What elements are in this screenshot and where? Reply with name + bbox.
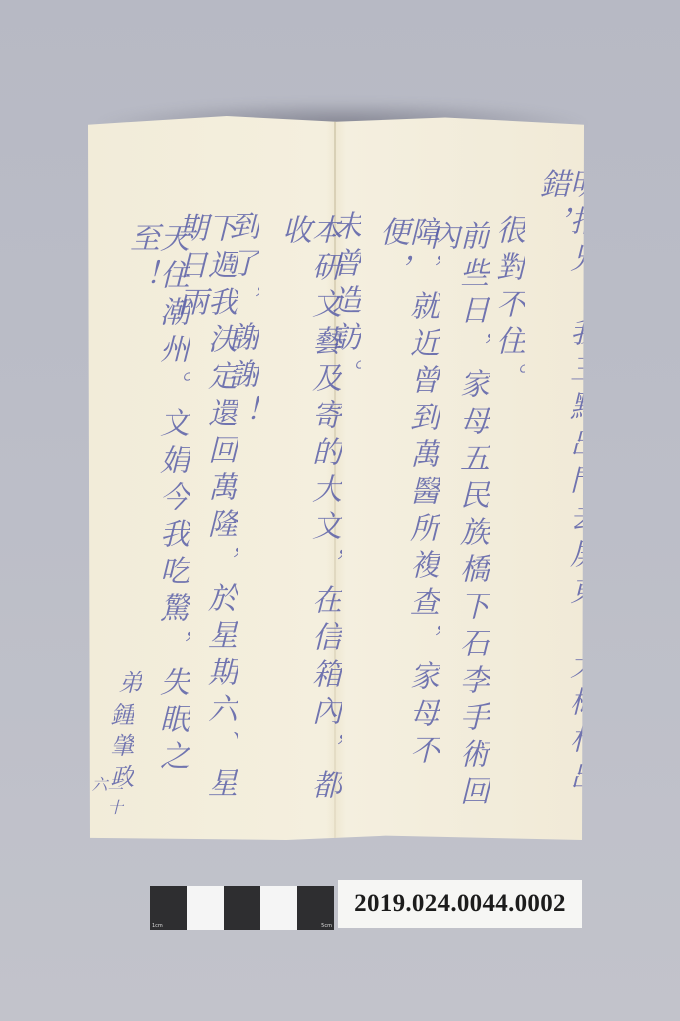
scale-end-label: 5cm (321, 923, 332, 929)
signature-date: 二十六 (90, 776, 122, 840)
letter-column-6: 本研文藝及寄的大文，在信箱內，都收 (278, 214, 338, 840)
scale-start-label: 1cm (152, 923, 163, 929)
letter-paper: 明指兄：我三點出門去屏東，大概相出錯， 很對不住。 前些日，家母五民族橋下石李手… (88, 116, 584, 840)
letter-column-2: 很對不住。 (492, 214, 522, 399)
catalog-id-label: 2019.024.0044.0002 (338, 880, 582, 928)
letter-column-1: 明指兄：我三點出門去屏東，大概相出錯， (536, 168, 596, 840)
scale-block-white (187, 886, 224, 930)
signature-prefix: 弟 (116, 670, 140, 701)
scale-block-white (260, 886, 297, 930)
scale-bar: 1cm 5cm (150, 886, 334, 930)
scale-block-black: 5cm (297, 886, 334, 930)
scale-block-black: 1cm (150, 886, 187, 930)
letter-column-9: 天住潮州。文娟今我吃驚，失眠之至！ (126, 222, 186, 840)
letter-column-4: 障，就近曾到萬醫所複查，家母不便， (376, 216, 436, 840)
scale-block-black (224, 886, 261, 930)
